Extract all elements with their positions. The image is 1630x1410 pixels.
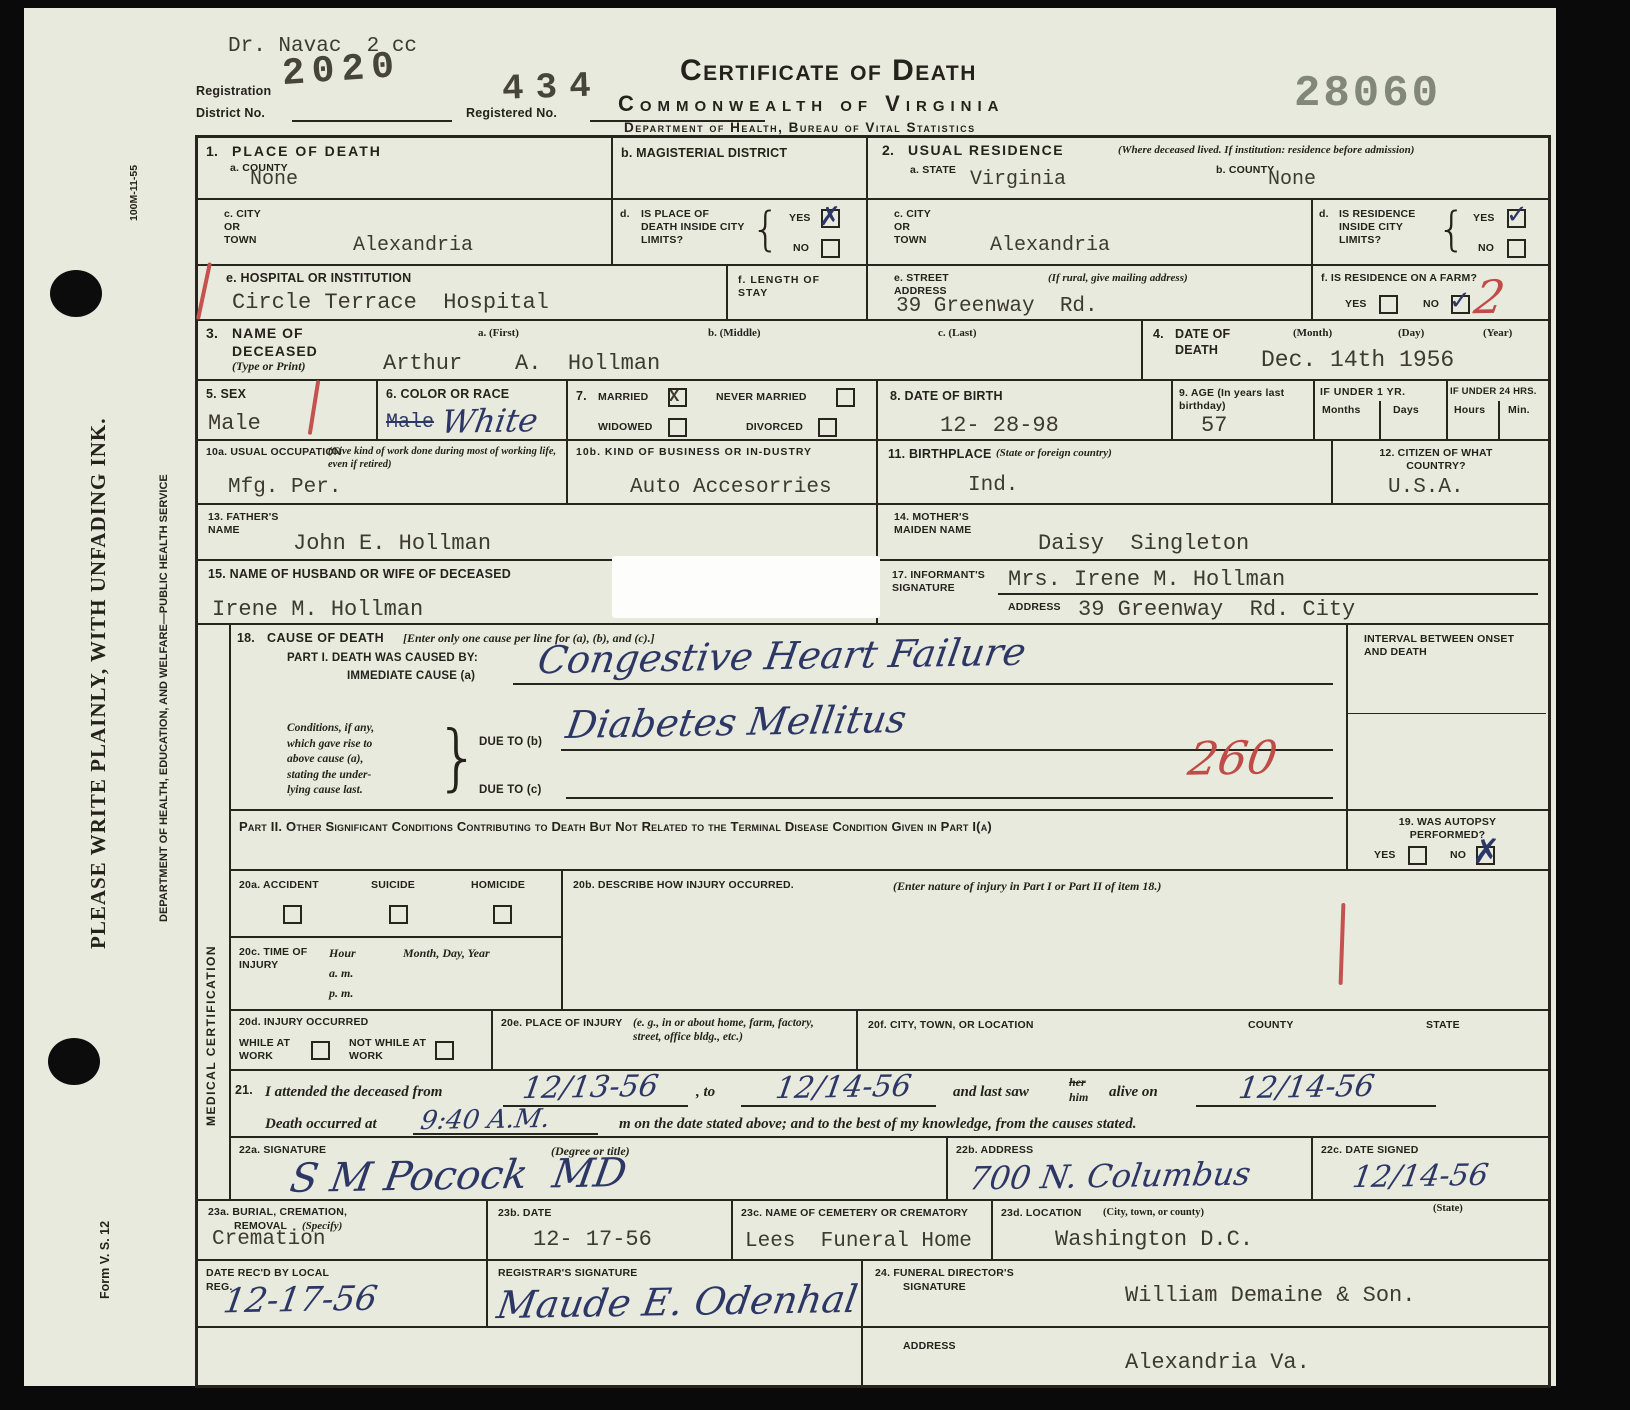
residence-num: 2. (882, 142, 894, 160)
attend-him-label: him (1069, 1090, 1088, 1104)
residence-city-value: Alexandria (990, 236, 1110, 256)
under-24hrs-divider (1498, 401, 1500, 439)
field-length-of-stay: f. LENGTH OF STAY (728, 266, 868, 321)
date-signed-label: 22c. DATE SIGNED (1321, 1144, 1419, 1157)
date-received-value: 12-17-56 (221, 1282, 380, 1319)
place-limits-yes-mark: ✗ (819, 204, 841, 230)
burial-date-label: 23b. DATE (498, 1207, 552, 1220)
death-month-label: (Month) (1293, 327, 1332, 340)
injury-county-label: COUNTY (1248, 1019, 1294, 1032)
field-marital-status: 7. MARRIED X NEVER MARRIED WIDOWED DIVOR… (568, 381, 878, 441)
marital-divorced-label: DIVORCED (746, 421, 803, 434)
birth-label: 8. DATE OF BIRTH (890, 389, 1003, 405)
conditions-brace: } (435, 721, 481, 793)
min-label: Min. (1508, 404, 1530, 417)
field-date-of-death: 4. DATE OF DEATH (Month) (Day) (Year) De… (1143, 321, 1548, 381)
death-year-label: (Year) (1483, 327, 1512, 340)
registered-no-stamp: 434 (501, 68, 603, 107)
place-limits-brace: { (751, 206, 780, 252)
field-describe-injury: 20b. DESCRIBE HOW INJURY OCCURRED. (Ente… (563, 871, 1548, 1011)
certificate-title: Certificate of Death (680, 52, 977, 90)
field-hospital: e. HOSPITAL OR INSTITUTION Circle Terrac… (198, 266, 728, 321)
attend-to-line (741, 1105, 936, 1107)
under-1yr-label: IF UNDER 1 YR. (1320, 386, 1406, 399)
autopsy-yes-checkbox (1408, 846, 1427, 865)
autopsy-label: 19. WAS AUTOPSY PERFORMED? (1370, 816, 1525, 842)
field-injury-occurred: 20d. INJURY OCCURRED WHILE AT WORK NOT W… (231, 1011, 493, 1071)
race-value: White (439, 404, 540, 438)
months-label: Months (1322, 404, 1361, 417)
marital-never-label: NEVER MARRIED (716, 391, 807, 404)
field-burial-date: 23b. DATE 12- 17-56 (488, 1201, 733, 1261)
race-struck-value: Male (386, 413, 434, 433)
cemetery-label: 23c. NAME OF CEMETERY OR CREMATORY (741, 1207, 986, 1220)
due-to-b-label: DUE TO (b) (479, 735, 542, 749)
date-signed-value: 12/14-56 (1350, 1161, 1490, 1193)
while-at-work-label: WHILE AT WORK (239, 1037, 303, 1063)
injury-occurred-label: 20d. INJURY OCCURRED (239, 1016, 368, 1029)
field-registrar-signature: REGISTRAR'S SIGNATURE Maude E. Odenhal (488, 1261, 863, 1328)
residence-title: USUAL RESIDENCE (908, 142, 1064, 160)
field-usual-residence: 2. USUAL RESIDENCE (Where deceased lived… (868, 138, 1548, 200)
field-street-address: e. STREET ADDRESS (If rural, give mailin… (868, 266, 1313, 321)
business-value: Auto Accesorries (630, 477, 832, 498)
field-date-received: DATE REC'D BY LOCAL REG. 12-17-56 (198, 1261, 488, 1328)
residence-county-value: None (1268, 170, 1316, 190)
physician-address-value: 700 N. Columbus (967, 1158, 1253, 1195)
field-bottom-left-empty (198, 1328, 863, 1385)
age-label: 9. AGE (In years last birthday) (1179, 387, 1304, 413)
street-value: 39 Greenway Rd. (896, 296, 1098, 317)
age-value: 57 (1201, 415, 1227, 437)
under-24hrs-label: IF UNDER 24 HRS. (1450, 386, 1537, 398)
field-funeral-director-address: ADDRESS Alexandria Va. (863, 1328, 1548, 1385)
field-burial-type: 23a. BURIAL, CREMATION, REMOVAL (Specify… (198, 1201, 488, 1261)
burial-location-note: (City, town, or county) (1103, 1207, 1204, 1220)
birthplace-label: 11. BIRTHPLACE (888, 447, 992, 463)
suicide-checkbox (389, 905, 408, 924)
pm-label: p. m. (329, 986, 353, 1000)
residence-state-label: a. STATE (910, 164, 956, 177)
field-sex: 5. SEX Male (198, 381, 378, 441)
residence-city-label: c. CITY OR TOWN (894, 208, 942, 247)
attend-alive-value: 12/14-56 (1236, 1072, 1376, 1104)
deceased-middle-label: b. (Middle) (708, 327, 761, 340)
certificate-form: 1. PLACE OF DEATH a. COUNTY None b. MAGI… (195, 135, 1551, 1388)
place-limits-label: IS PLACE OF DEATH INSIDE CITY LIMITS? (641, 208, 745, 247)
injury-state-label: STATE (1426, 1019, 1460, 1032)
burial-value: Cremation (212, 1229, 325, 1250)
field-place-city: c. CITY OR TOWN Alexandria (198, 200, 613, 266)
deceased-title: NAME OF DECEASED (232, 325, 362, 360)
funeral-director-address-value: Alexandria Va. (1125, 1352, 1310, 1374)
residence-limits-brace: { (1437, 206, 1466, 252)
residence-limits-label: IS RESIDENCE INSIDE CITY LIMITS? (1339, 208, 1435, 247)
farm-no-mark: ✓ (1449, 288, 1471, 314)
deceased-first-label: a. (First) (478, 327, 519, 340)
attend-to-value: 12/14-56 (773, 1072, 913, 1104)
marital-never-checkbox (836, 388, 855, 407)
place-limits-num: d. (620, 208, 630, 221)
county-value: None (250, 170, 298, 190)
describe-injury-label: 20b. DESCRIBE HOW INJURY OCCURRED. (573, 879, 794, 892)
field-mother-name: 14. MOTHER'S MAIDEN NAME Daisy Singleton (878, 505, 1548, 561)
attend-her-label: her (1069, 1075, 1086, 1089)
place-of-death-title: PLACE OF DEATH (232, 143, 382, 161)
registrar-signature-value: Maude E. Odenhal (494, 1280, 860, 1324)
death-date-value: Dec. 14th 1956 (1261, 349, 1454, 372)
birthplace-value: Ind. (968, 475, 1018, 496)
cemetery-value: Lees Funeral Home (745, 1231, 972, 1252)
informant-address-label: ADDRESS (1008, 601, 1061, 614)
serial-number: 28060 (1294, 72, 1441, 116)
not-while-at-work-label: NOT WHILE AT WORK (349, 1037, 427, 1063)
residence-limits-no-label: NO (1478, 242, 1494, 255)
spouse-value: Irene M. Hollman (212, 599, 423, 621)
funeral-director-label: 24. FUNERAL DIRECTOR'S (875, 1267, 1014, 1280)
cause-num: 18. (237, 631, 255, 647)
place-of-injury-note: (e. g., in or about home, farm, factory,… (633, 1017, 843, 1045)
father-value: John E. Hollman (293, 533, 491, 555)
while-at-work-checkbox (311, 1041, 330, 1060)
field-interval: INTERVAL BETWEEN ONSET AND DEATH (1348, 625, 1548, 811)
death-date-num: 4. (1153, 327, 1164, 343)
attend-time-value: 9:40 A.M. (419, 1106, 552, 1134)
cause-part1-label: PART I. DEATH WAS CAUSED BY: (287, 651, 478, 665)
punch-hole-top (50, 270, 102, 317)
registration-label: Registration (196, 84, 271, 100)
burial-location-value: Washington D.C. (1055, 1229, 1253, 1251)
time-of-injury-label: 20c. TIME OF INJURY (239, 946, 309, 972)
occupation-value: Mfg. Per. (228, 477, 341, 498)
cause-a-line (513, 683, 1333, 685)
field-age: 9. AGE (In years last birthday) 57 (1173, 381, 1315, 441)
field-place-of-injury: 20e. PLACE OF INJURY (e. g., in or about… (493, 1011, 858, 1071)
residence-limits-yes-label: YES (1473, 212, 1495, 225)
occupation-label: 10a. USUAL OCCUPATION (206, 446, 341, 459)
burial-label: 23a. BURIAL, CREMATION, (208, 1206, 347, 1219)
deceased-note: (Type or Print) (232, 359, 306, 373)
interval-divider (1348, 713, 1546, 714)
magisterial-label: b. MAGISTERIAL DISTRICT (621, 146, 787, 162)
physician-address-label: 22b. ADDRESS (956, 1144, 1033, 1157)
field-birthplace: 11. BIRTHPLACE (State or foreign country… (878, 441, 1333, 505)
funeral-director-value: William Demaine & Son. (1125, 1285, 1415, 1307)
days-label: Days (1393, 404, 1419, 417)
funeral-director-label-2: SIGNATURE (903, 1281, 966, 1294)
field-burial-location: 23d. LOCATION (City, town, or county) (S… (993, 1201, 1548, 1261)
marital-married-label: MARRIED (598, 391, 648, 404)
registration-district-stamp: 2020 (281, 48, 403, 94)
death-day-label: (Day) (1398, 327, 1424, 340)
field-under-24hrs: IF UNDER 24 HRS. Hours Min. (1448, 381, 1548, 441)
hospital-value: Circle Terrace Hospital (232, 292, 549, 314)
field-cause-of-death: 18. CAUSE OF DEATH [Enter only one cause… (231, 625, 1348, 811)
describe-injury-note: (Enter nature of injury in Part I or Par… (893, 879, 1161, 893)
father-label: 13. FATHER'S NAME (208, 511, 288, 537)
informant-value: Mrs. Irene M. Hollman (1008, 569, 1285, 591)
residence-county-label: b. COUNTY (1216, 164, 1274, 177)
field-attendance-statement: 21. I attended the deceased from 12/13-5… (231, 1071, 1548, 1138)
attend-text-6: m on the date stated above; and to the b… (619, 1115, 1136, 1133)
field-name-of-deceased: 3. NAME OF DECEASED (Type or Print) a. (… (198, 321, 1143, 381)
field-place-city-limits: d. IS PLACE OF DEATH INSIDE CITY LIMITS?… (613, 200, 868, 266)
place-limits-no-label: NO (793, 242, 809, 255)
field-physician-address: 22b. ADDRESS 700 N. Columbus (948, 1138, 1313, 1201)
burial-location-label: 23d. LOCATION (1001, 1207, 1082, 1220)
attend-from-value: 12/13-56 (520, 1072, 660, 1104)
attend-alive-line (1196, 1105, 1436, 1107)
occupation-note: (Give kind of work done during most of w… (328, 446, 558, 471)
physician-signature-value: S M Pocock MD (287, 1153, 629, 1199)
field-residence-city-limits: d. IS RESIDENCE INSIDE CITY LIMITS? { YE… (1313, 200, 1548, 266)
under-1yr-divider (1379, 401, 1381, 439)
field-color-race: 6. COLOR OR RACE Male White (378, 381, 568, 441)
dept-hew-vertical: DEPARTMENT OF HEALTH, EDUCATION, AND WEL… (158, 383, 170, 1013)
hours-label: Hours (1454, 404, 1485, 417)
district-no-line (292, 120, 452, 122)
farm-yes-label: YES (1345, 298, 1367, 311)
not-while-at-work-checkbox (435, 1041, 454, 1060)
suicide-label: SUICIDE (371, 879, 415, 892)
informant-address-value: 39 Greenway Rd. City (1078, 599, 1355, 621)
informant-signature-line (998, 593, 1538, 595)
autopsy-yes-label: YES (1374, 849, 1396, 862)
residence-limits-no-checkbox (1507, 239, 1526, 258)
field-accident-suicide-homicide: 20a. ACCIDENT SUICIDE HOMICIDE (231, 871, 563, 938)
race-label: 6. COLOR OR RACE (386, 387, 509, 403)
attend-num: 21. (235, 1083, 253, 1099)
field-autopsy: 19. WAS AUTOPSY PERFORMED? YES NO ✗ (1348, 811, 1548, 871)
field-cemetery-name: 23c. NAME OF CEMETERY OR CREMATORY Lees … (733, 1201, 993, 1261)
attend-text-3: and last saw (953, 1083, 1029, 1101)
field-magisterial-district: b. MAGISTERIAL DISTRICT (613, 138, 868, 200)
field-part2: Part II. Other Significant Conditions Co… (231, 811, 1348, 871)
field-father-name: 13. FATHER'S NAME John E. Hollman (198, 505, 878, 561)
hospital-label: e. HOSPITAL OR INSTITUTION (226, 271, 411, 287)
citizen-value: U.S.A. (1388, 477, 1464, 498)
hour-label: Hour (329, 946, 356, 960)
place-city-label: c. CITY OR TOWN (224, 208, 272, 247)
field-under-1yr: IF UNDER 1 YR. Months Days (1315, 381, 1448, 441)
residence-limits-num: d. (1319, 208, 1329, 221)
deceased-name-value: Arthur A. Hollman (383, 353, 660, 375)
farm-red-annotation: 2 (1471, 274, 1508, 321)
marital-divorced-checkbox (818, 418, 837, 437)
field-date-signed: 22c. DATE SIGNED 12/14-56 (1313, 1138, 1548, 1201)
death-date-title: DATE OF DEATH (1175, 327, 1235, 358)
field-business: 10b. KIND OF BUSINESS OR IN-DUSTRY Auto … (568, 441, 878, 505)
place-limits-no-checkbox (821, 239, 840, 258)
due-to-c-label: DUE TO (c) (479, 783, 542, 797)
mother-label: 14. MOTHER'S MAIDEN NAME (894, 511, 994, 537)
cause-b-value: Diabetes Mellitus (563, 700, 909, 744)
spouse-label: 15. NAME OF HUSBAND OR WIFE OF DECEASED (208, 567, 511, 583)
attend-text-5: Death occurred at (265, 1115, 377, 1133)
residence-limits-yes-mark: ✓ (1506, 202, 1528, 228)
field-injury-location: 20f. CITY, TOWN, OR LOCATION COUNTY STAT… (858, 1011, 1548, 1071)
business-label: 10b. KIND OF BUSINESS OR IN-DUSTRY (576, 446, 836, 459)
place-city-value: Alexandria (353, 236, 473, 256)
marital-married-mark: X (669, 388, 679, 407)
write-plainly-vertical: PLEASE WRITE PLAINLY, WITH UNFADING INK. (86, 376, 111, 991)
white-out-blob (612, 556, 880, 618)
field-funeral-director: 24. FUNERAL DIRECTOR'S SIGNATURE William… (863, 1261, 1548, 1328)
field-residence-city: c. CITY OR TOWN Alexandria (868, 200, 1313, 266)
part2-label: Part II. Other Significant Conditions Co… (239, 819, 1329, 835)
code-260-annotation: 260 (1185, 734, 1280, 782)
field-date-of-birth: 8. DATE OF BIRTH 12- 28-98 (878, 381, 1173, 441)
marital-widowed-label: WIDOWED (598, 421, 652, 434)
accident-label: 20a. ACCIDENT (239, 879, 319, 892)
farm-label: f. IS RESIDENCE ON A FARM? (1321, 272, 1541, 285)
am-label: a. m. (329, 966, 353, 980)
district-no-label: District No. (196, 106, 265, 122)
marital-widowed-checkbox (668, 418, 687, 437)
medical-certification-strip: MEDICAL CERTIFICATION (198, 625, 231, 1201)
field-physician-signature: 22a. SIGNATURE (Degree or title) S M Poc… (231, 1138, 948, 1201)
farm-no-label: NO (1423, 298, 1439, 311)
burial-date-value: 12- 17-56 (533, 1229, 652, 1251)
field-informant: 17. INFORMANT'S SIGNATURE Mrs. Irene M. … (878, 561, 1548, 625)
deceased-num: 3. (206, 325, 218, 343)
month-day-year-label: Month, Day, Year (403, 946, 490, 960)
sex-label: 5. SEX (206, 387, 246, 403)
marital-num: 7. (576, 389, 587, 405)
accident-checkbox (283, 905, 302, 924)
cause-title: CAUSE OF DEATH (267, 631, 384, 647)
cause-a-value: Congestive Heart Failure (535, 633, 1028, 679)
place-limits-yes-label: YES (789, 212, 811, 225)
citizen-label: 12. CITIZEN OF WHAT COUNTRY? (1351, 447, 1521, 473)
sex-value: Male (208, 413, 261, 435)
birth-value: 12- 28-98 (940, 415, 1059, 437)
residence-note: (Where deceased lived. If institution: r… (1118, 144, 1538, 157)
funeral-director-address-label: ADDRESS (903, 1340, 956, 1353)
birthplace-note: (State or foreign country) (996, 447, 1112, 460)
field-place-of-death-county: 1. PLACE OF DEATH a. COUNTY None (198, 138, 613, 200)
field-residence-farm: f. IS RESIDENCE ON A FARM? YES NO ✓ 2 (1313, 266, 1548, 321)
homicide-checkbox (493, 905, 512, 924)
autopsy-no-mark: ✗ (1472, 835, 1501, 869)
form-code: Form V. S. 12 (98, 1190, 112, 1330)
residence-state-value: Virginia (970, 170, 1066, 190)
cause-c-line (566, 797, 1333, 799)
immediate-cause-label: IMMEDIATE CAUSE (a) (347, 669, 475, 683)
field-occupation: 10a. USUAL OCCUPATION (Give kind of work… (198, 441, 568, 505)
punch-hole-bottom (48, 1038, 100, 1085)
autopsy-no-label: NO (1450, 849, 1466, 862)
attend-text-2: , to (696, 1083, 715, 1101)
medical-certification-label: MEDICAL CERTIFICATION (204, 915, 218, 1155)
attend-text-4: alive on (1109, 1083, 1158, 1101)
farm-yes-checkbox (1379, 295, 1398, 314)
burial-location-state-note: (State) (1433, 1203, 1463, 1216)
commonwealth-subtitle: Commonwealth of Virginia (618, 90, 1004, 118)
place-of-injury-label: 20e. PLACE OF INJURY (501, 1017, 622, 1030)
stock-code: 100M-11-55 (128, 148, 140, 238)
place-of-death-num: 1. (206, 143, 218, 161)
registrar-signature-label: REGISTRAR'S SIGNATURE (498, 1267, 638, 1280)
deceased-last-label: c. (Last) (938, 327, 977, 340)
homicide-label: HOMICIDE (471, 879, 525, 892)
injury-city-label: 20f. CITY, TOWN, OR LOCATION (868, 1019, 1034, 1032)
informant-label: 17. INFORMANT'S SIGNATURE (892, 569, 987, 595)
attend-text-1: I attended the deceased from (265, 1083, 442, 1101)
date-received-label: DATE REC'D BY LOCAL (206, 1267, 329, 1280)
street-note: (If rural, give mailing address) (1048, 272, 1188, 285)
field-time-of-injury: 20c. TIME OF INJURY Hour a. m. p. m. Mon… (231, 938, 563, 1011)
conditions-note: Conditions, if any, which gave rise to a… (287, 721, 374, 799)
field-citizen: 12. CITIZEN OF WHAT COUNTRY? U.S.A. (1333, 441, 1548, 505)
interval-label: INTERVAL BETWEEN ONSET AND DEATH (1364, 633, 1529, 659)
scanned-death-certificate: 100M-11-55 PLEASE WRITE PLAINLY, WITH UN… (0, 0, 1630, 1410)
mother-value: Daisy Singleton (1038, 533, 1249, 555)
length-of-stay-label: f. LENGTH OF STAY (738, 274, 838, 300)
